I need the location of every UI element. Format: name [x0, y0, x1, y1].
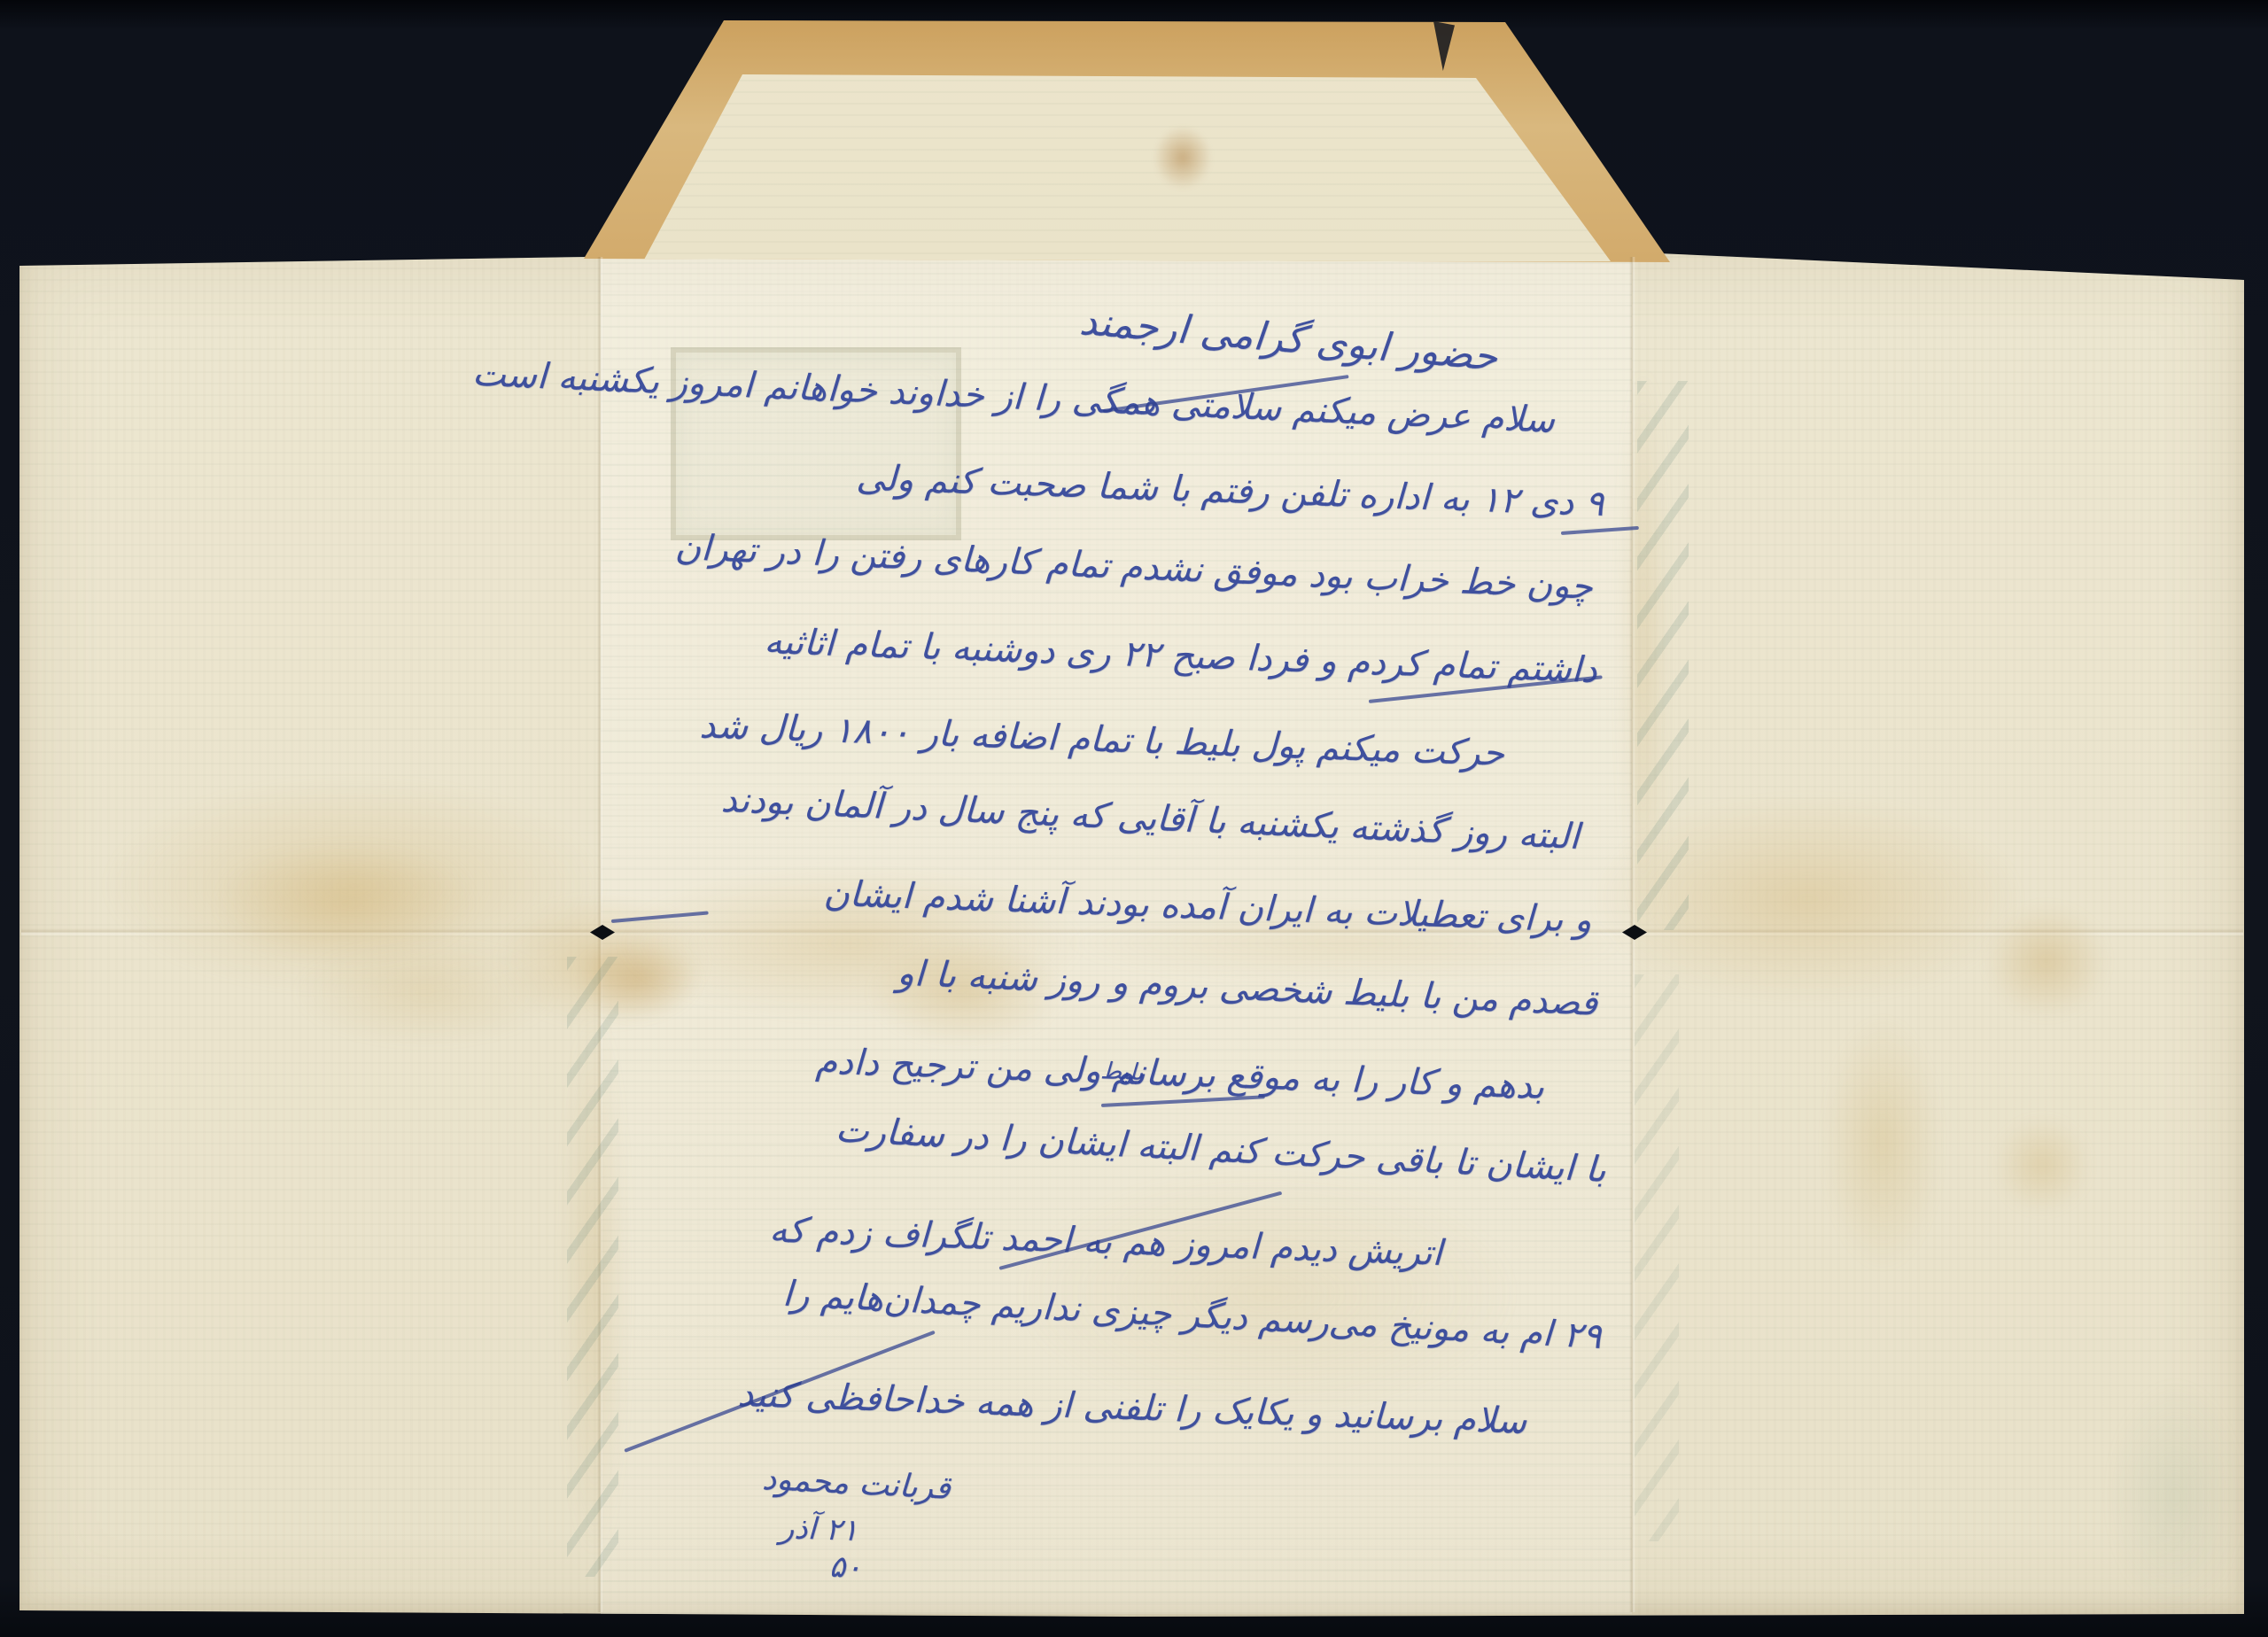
signature-line: ۵۰ — [829, 1549, 863, 1586]
insertion-word: بلیط — [1099, 1058, 1143, 1086]
signature-line: ۲۱ آذر — [779, 1510, 858, 1548]
stain-drip — [1825, 1019, 1940, 1267]
stain-bottom-right-green — [2109, 1382, 2241, 1612]
stain-right-band — [1984, 904, 2109, 1019]
airmail-hatch-right-lower — [1635, 974, 1679, 1541]
scanned-letter-scan: حضور ابوی گرامی ارجمند سلام عرض میکنم سل… — [0, 0, 2268, 1637]
flap-tear-notch — [1433, 21, 1455, 71]
stain-right-blob — [1993, 1116, 2091, 1214]
envelope-flap-inner — [567, 12, 1680, 266]
envelope-flap-gummed-edge — [567, 12, 1680, 266]
stain-flap-spot — [1153, 126, 1212, 190]
airmail-hatch-right — [1637, 381, 1689, 930]
airmail-hatch-left — [567, 957, 618, 1577]
